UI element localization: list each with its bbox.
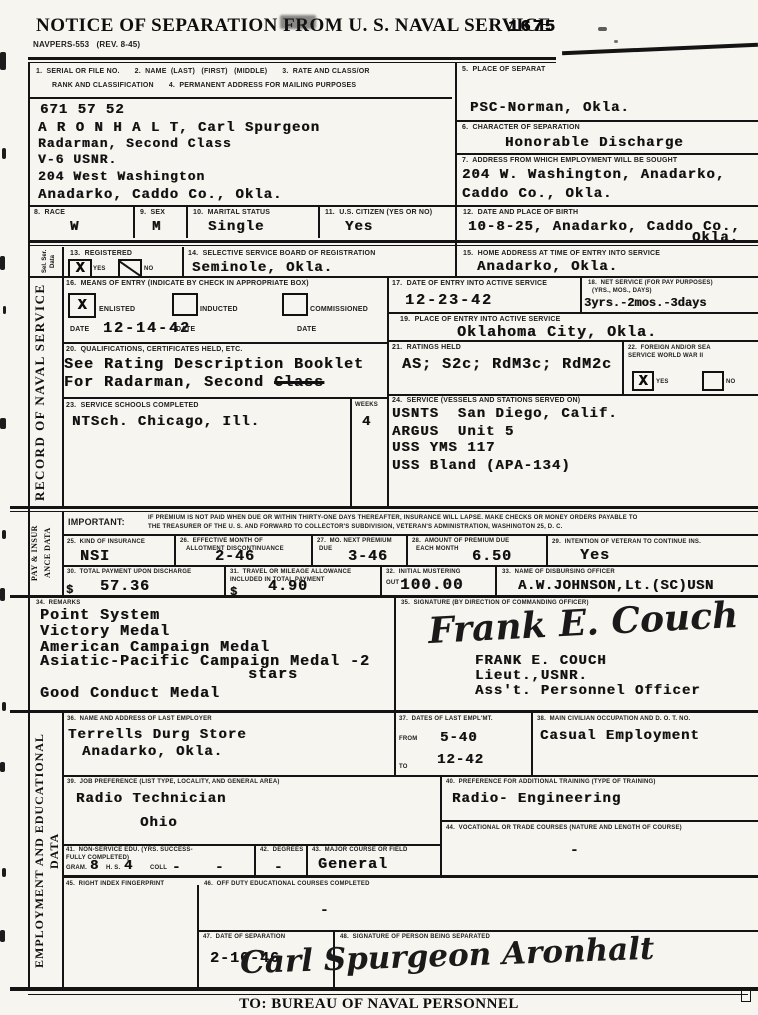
mailing-address-line2: Anadarko, Caddo Co., Okla. (38, 187, 282, 203)
divider (10, 987, 758, 991)
scan-edge-mark (2, 868, 6, 877)
field-26-label-line1: 26. EFFECTIVE MONTH OF (180, 538, 263, 545)
divider (495, 565, 497, 595)
divider (455, 62, 457, 276)
divider (28, 205, 758, 207)
field-41-hs-value: 4 (124, 858, 133, 874)
divider (440, 820, 758, 822)
divider (580, 276, 582, 312)
field-24-line2: ARGUS Unit 5 (392, 424, 514, 440)
field-31-label-line1: 31. TRAVEL OR MILEAGE ALLOWANCE (230, 569, 351, 576)
scan-smudge (280, 15, 316, 29)
divider (62, 534, 758, 536)
field-27-value: 3-46 (348, 548, 388, 565)
divider (10, 595, 758, 598)
field-34-line5: stars (248, 666, 298, 683)
scan-edge-mark (2, 148, 6, 159)
pay-rail-label-line2: ANCE DATA (43, 514, 52, 592)
serial-number-value: 671 57 52 (40, 102, 125, 118)
field-41-extra-dash: - (215, 860, 224, 876)
field-22-yes-label: YES (656, 379, 669, 386)
field-43-label: 43. MAJOR COURSE OR FIELD (312, 847, 408, 854)
field-16-enlisted-checkbox: X (68, 293, 96, 318)
important-text-line1: IF PREMIUM IS NOT PAID WHEN DUE OR WITHI… (148, 515, 748, 522)
divider (28, 276, 758, 278)
field-5-value: PSC-Norman, Okla. (470, 100, 630, 116)
field-15-label: 15. HOME ADDRESS AT TIME OF ENTRY INTO S… (463, 250, 660, 258)
divider (254, 844, 256, 876)
field-39-value-line1: Radio Technician (76, 791, 226, 807)
divider (28, 994, 748, 995)
divider (306, 844, 308, 876)
field-20-value-line2: For Radarman, Second Class (64, 374, 324, 391)
field-45-label: 45. RIGHT INDEX FINGERPRINT (66, 881, 164, 888)
field-21-label: 21. RATINGS HELD (392, 344, 461, 352)
field-47-label: 47. DATE OF SEPARATION (203, 934, 285, 941)
field-25-label: 25. KIND OF INSURANCE (67, 539, 145, 546)
divider (455, 153, 758, 155)
field-16-date-label-3: DATE (297, 326, 316, 334)
field-37-from-label: FROM (399, 736, 417, 743)
check-mark: X (638, 374, 647, 389)
field-18-label-line1: 18. NET SERVICE (FOR PAY PURPOSES) (588, 280, 713, 287)
field-26-value: 2-46 (215, 548, 255, 565)
mailing-address-line1: 204 West Washington (38, 170, 205, 185)
field-21-value: AS; S2c; RdM3c; RdM2c (402, 356, 612, 373)
divider (62, 844, 440, 846)
field-6-label: 6. CHARACTER OF SEPARATION (462, 124, 580, 132)
field-14-value: Seminole, Okla. (192, 260, 333, 276)
divider (62, 875, 758, 878)
field-18-value: 3yrs.-2mos.-3days (584, 297, 706, 311)
divider (455, 120, 758, 122)
field-41-gram-value: 8 (90, 858, 99, 874)
field-23-label: 23. SERVICE SCHOOLS COMPLETED (66, 402, 199, 410)
divider (186, 205, 188, 238)
field-30-label: 30. TOTAL PAYMENT UPON DISCHARGE (67, 569, 191, 576)
field-36-value-line2: Anadarko, Okla. (82, 744, 223, 760)
divider (62, 397, 387, 399)
field-24-line3: USS YMS 117 (392, 440, 495, 456)
field-40-label: 40. PREFERENCE FOR ADDITIONAL TRAINING (… (446, 779, 656, 786)
field-41-gram-label: GRAM. (66, 865, 87, 872)
field-35-typed-line1: FRANK E. COUCH (475, 653, 607, 669)
field-32-value: 100.00 (400, 576, 464, 594)
field-1-2-3-label: 1. SERIAL OR FILE NO. 2. NAME (LAST) (FI… (36, 68, 370, 76)
form-id: NAVPERS-553 (REV. 8-45) (33, 40, 140, 50)
divider (62, 775, 758, 777)
check-mark: X (77, 298, 86, 313)
field-7-value-line1: 204 W. Washington, Anadarko, (462, 167, 725, 183)
divider (62, 565, 758, 567)
field-36-label: 36. NAME AND ADDRESS OF LAST EMPLOYER (67, 716, 212, 723)
field-35-typed-line3: Ass't. Personnel Officer (475, 683, 701, 699)
divider (394, 598, 396, 710)
field-41-hs-label: H. S. (106, 865, 120, 872)
field-18-label-line2: (YRS., MOS., DAYS) (592, 288, 652, 295)
field-9-value: M (152, 219, 161, 235)
field-16-inducted-checkbox (172, 293, 198, 316)
divider (406, 534, 408, 565)
field-16-commissioned-checkbox (282, 293, 308, 316)
field-6-value: Honorable Discharge (505, 135, 684, 151)
field-35-typed-line2: Lieut.,USNR. (475, 668, 588, 684)
field-12-label: 12. DATE AND PLACE OF BIRTH (463, 209, 578, 217)
divider (387, 312, 758, 314)
scan-edge-mark (0, 930, 5, 942)
divider (531, 713, 533, 775)
field-39-value-line2: Ohio (140, 815, 178, 831)
field-23-value: NTSch. Chicago, Ill. (72, 414, 260, 430)
field-7-value-line2: Caddo Co., Okla. (462, 186, 612, 202)
field-42-value: - (274, 860, 283, 876)
divider (28, 245, 758, 246)
field-13-yes-label: YES (93, 266, 106, 273)
field-15-value: Anadarko, Okla. (477, 259, 618, 275)
field-44-label: 44. VOCATIONAL OR TRADE COURSES (NATURE … (446, 825, 682, 832)
field-28-label-line2: EACH MONTH (416, 546, 459, 553)
divider (380, 565, 382, 595)
field-37-label: 37. DATES OF LAST EMPL'MT. (399, 716, 493, 723)
field-3-4-label: RANK AND CLASSIFICATION 4. PERMANENT ADD… (52, 82, 356, 90)
field-13-label: 13. REGISTERED (70, 250, 132, 258)
class-value: V-6 USNR. (38, 153, 117, 168)
separatee-signature: Carl Spurgeon Aronhalt (239, 931, 654, 981)
field-30-value: 57.36 (100, 578, 150, 595)
field-41-label-line1: 41. NON-SERVICE EDU. (YRS. SUCCESS- (66, 847, 193, 854)
field-22-yes-checkbox: X (632, 371, 654, 391)
divider (28, 57, 556, 60)
field-25-value: NSI (80, 548, 110, 565)
field-42-label: 42. DEGREES (260, 847, 303, 854)
scan-edge-mark (2, 530, 6, 539)
field-16-date-label-1: DATE (70, 326, 89, 334)
divider (387, 340, 758, 342)
divider (318, 205, 320, 238)
divider (350, 399, 352, 506)
field-22-no-label: NO (726, 379, 735, 386)
field-33-label: 33. NAME OF DISBURSING OFFICER (502, 569, 615, 576)
field-27-label-line2: DUE (319, 546, 332, 553)
field-41-coll-label: COLL (150, 865, 167, 872)
divider (10, 710, 758, 713)
field-5-label: 5. PLACE OF SEPARAT (462, 66, 545, 74)
field-39-label: 39. JOB PREFERENCE (LIST TYPE, LOCALITY,… (67, 779, 280, 786)
scan-edge-mark (0, 52, 6, 70)
divider (10, 506, 758, 509)
field-16-date-label-2: DATE (176, 326, 195, 334)
field-34-line1: Point System (40, 607, 160, 624)
field-8-value: W (70, 219, 79, 235)
field-29-label: 29. INTENTION OF VETERAN TO CONTINUE INS… (552, 539, 701, 546)
rate-value: Radarman, Second Class (38, 137, 232, 152)
divider (174, 534, 176, 565)
divider (28, 240, 758, 243)
field-16-label: 16. MEANS OF ENTRY (INDICATE BY CHECK IN… (66, 280, 309, 288)
fingerprint-box-border (197, 885, 199, 988)
divider (311, 534, 313, 565)
divider (440, 775, 442, 877)
scan-edge-mark (0, 588, 5, 601)
divider (62, 512, 64, 596)
field-20-value-line1: See Rating Description Booklet (64, 356, 364, 373)
field-16-enlisted-label: ENLISTED (99, 306, 135, 314)
divider (387, 394, 758, 396)
divider (62, 342, 387, 344)
field-8-label: 8. RACE (34, 209, 65, 217)
divider (133, 205, 135, 238)
scan-edge-mark (0, 418, 6, 429)
field-46-value: - (320, 903, 329, 919)
field-38-value: Casual Employment (540, 728, 700, 744)
selective-service-rail-label: Sel. Ser. Data (42, 247, 58, 275)
naval-service-rail-label: RECORD OF NAVAL SERVICE (32, 280, 48, 504)
divider (224, 565, 226, 595)
field-22-no-checkbox (702, 371, 724, 391)
pay-rail-label-line1: PAY & INSUR (30, 514, 39, 592)
field-7-label: 7. ADDRESS FROM WHICH EMPLOYMENT WILL BE… (462, 157, 677, 165)
field-33-value: A.W.JOHNSON,Lt.(SC)USN (518, 578, 714, 594)
field-40-value: Radio- Engineering (452, 791, 621, 807)
divider (394, 713, 396, 775)
overstruck-word: Class (274, 374, 324, 391)
scan-edge-mark (2, 702, 6, 711)
important-text-line2: THE TREASURER OF THE U. S. AND FORWARD T… (148, 524, 748, 531)
field-41-coll-value: - (172, 860, 181, 876)
field-36-value-line1: Terrells Durg Store (68, 727, 247, 743)
field-34-line2: Victory Medal (40, 623, 170, 640)
field-27-label-line1: 27. MO. NEXT PREMIUM (317, 538, 392, 545)
divider (182, 247, 184, 276)
field-29-value: Yes (580, 547, 610, 564)
field-46-label: 46. OFF DUTY EDUCATIONAL COURSES COMPLET… (204, 881, 370, 888)
scanned-form-page: NOTICE OF SEPARATION FROM U. S. NAVAL SE… (0, 0, 758, 1015)
field-32-out-label: OUT (386, 580, 399, 587)
scan-edge-mark (0, 762, 5, 772)
field-37-to-label: TO (399, 764, 408, 771)
field-28-value: 6.50 (472, 548, 512, 565)
field-24-line4: USS Bland (APA-134) (392, 458, 571, 474)
field-28-label-line1: 28. AMOUNT OF PREMIUM DUE (412, 538, 509, 545)
field-20-label: 20. QUALIFICATIONS, CERTIFICATES HELD, E… (66, 346, 243, 354)
field-23-weeks-label: WEEKS (355, 402, 378, 409)
field-11-value: Yes (345, 219, 373, 235)
check-mark: X (75, 261, 84, 276)
divider (546, 534, 548, 565)
field-24-line1: USNTS San Diego, Calif. (392, 406, 618, 422)
scan-edge-mark (0, 256, 5, 270)
divider (62, 713, 64, 990)
employment-rail-label: EMPLOYMENT AND EDUCATIONAL DATA (32, 716, 62, 986)
name-value: A R O N H A L T, Carl Spurgeon (38, 120, 320, 136)
field-9-label: 9. SEX (140, 209, 165, 217)
field-12-value-line2: Okla. (692, 230, 739, 246)
scan-speck (598, 27, 607, 31)
field-16-commissioned-label: COMMISSIONED (310, 306, 368, 314)
divider (622, 340, 624, 396)
field-37-from-value: 5-40 (440, 730, 478, 746)
field-10-value: Single (208, 219, 264, 235)
field-22-label-line1: 22. FOREIGN AND/OR SEA (628, 345, 711, 352)
scan-speck (614, 40, 618, 43)
field-34-line6: Good Conduct Medal (40, 685, 220, 702)
divider (10, 511, 758, 512)
field-34-line4: Asiatic-Pacific Campaign Medal -2 (40, 653, 370, 670)
field-24-label: 24. SERVICE (VESSELS AND STATIONS SERVED… (392, 397, 580, 405)
divider (387, 276, 389, 506)
field-10-label: 10. MARITAL STATUS (193, 209, 270, 217)
important-label: IMPORTANT: (68, 517, 125, 528)
footer-text: TO: BUREAU OF NAVAL PERSONNEL (0, 997, 758, 1012)
field-37-to-value: 12-42 (437, 752, 484, 768)
field-11-label: 11. U.S. CITIZEN (YES OR NO) (325, 209, 432, 217)
field-13-no-label: NO (144, 266, 153, 273)
field-23-weeks-value: 4 (362, 414, 371, 430)
field-14-label: 14. SELECTIVE SERVICE BOARD OF REGISTRAT… (188, 250, 375, 258)
field-22-label-line2: SERVICE WORLD WAR II (628, 353, 703, 360)
divider (197, 930, 758, 932)
field-31-value: 4.90 (268, 578, 308, 595)
field-16-inducted-label: INDUCTED (200, 306, 238, 314)
scan-edge-mark (3, 306, 6, 314)
field-19-value: Oklahoma City, Okla. (457, 324, 657, 341)
divider (28, 97, 452, 99)
divider (28, 62, 556, 63)
field-43-value: General (318, 856, 388, 873)
field-17-label: 17. DATE OF ENTRY INTO ACTIVE SERVICE (392, 280, 547, 288)
divider (562, 43, 758, 56)
field-38-label: 38. MAIN CIVILIAN OCCUPATION AND D. O. T… (537, 716, 690, 723)
stamp-number: 1675 (508, 19, 557, 36)
field-44-value: - (570, 843, 579, 859)
field-17-value: 12-23-42 (405, 292, 493, 309)
